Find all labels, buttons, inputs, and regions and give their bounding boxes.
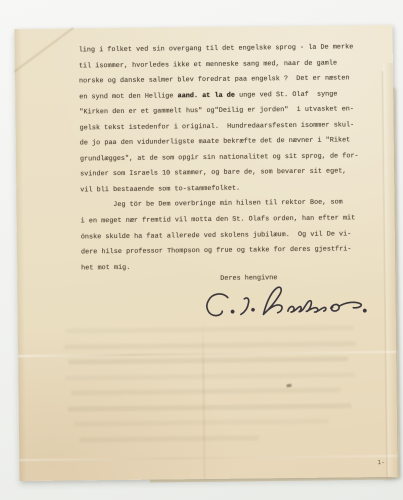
ink-speck	[286, 384, 291, 387]
page-marker: 1-	[377, 459, 385, 466]
paper-lower-fold-crease	[19, 455, 397, 461]
paper-left-edge-shade	[14, 29, 26, 481]
scanned-letter-photo: ling i folket ved sin overgang til det e…	[0, 0, 403, 500]
typed-text: en synd mot den Hellige	[79, 92, 177, 101]
letter-sheet: ling i folket ved sin overgang til det e…	[14, 25, 397, 481]
verso-ghost-line	[65, 372, 355, 380]
verso-ghost-line	[68, 403, 352, 411]
verso-ghost-line	[68, 356, 348, 364]
verso-ghost-line	[79, 435, 259, 442]
typed-text: unge ved St. Olaf synge	[235, 90, 338, 99]
signature-ink-strokes	[201, 276, 375, 334]
verso-ghost-line	[64, 341, 356, 349]
verso-ghost-line	[74, 419, 329, 427]
verso-ghost-line	[71, 387, 341, 395]
letter-body: ling i folket ved sin overgang til det e…	[79, 40, 384, 277]
overstruck-text: aand. at la de	[178, 91, 235, 100]
signature: C. J. Hambro.	[201, 276, 375, 334]
paper-topleft-crease	[14, 27, 74, 72]
